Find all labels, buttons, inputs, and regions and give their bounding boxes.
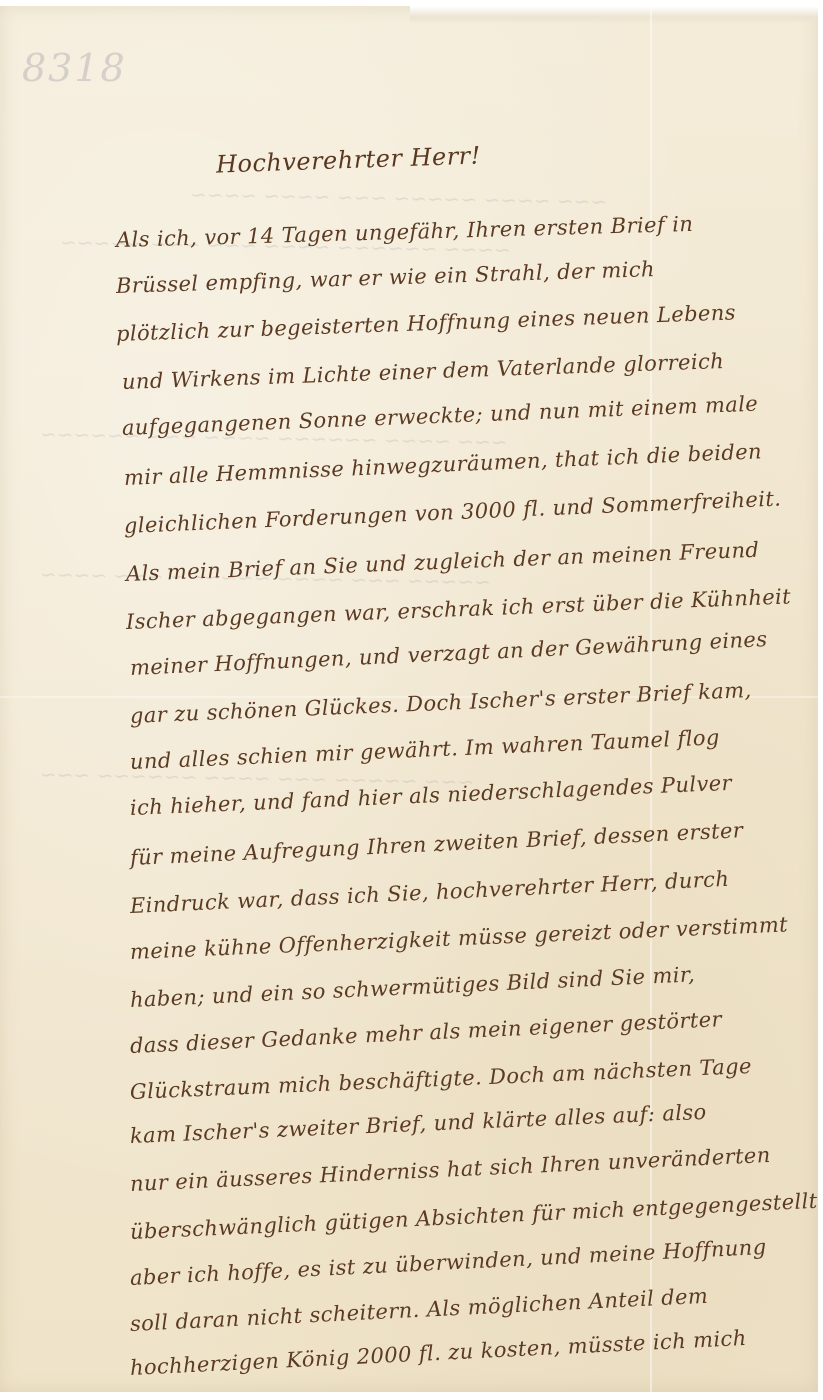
letter-line: nur ein äusseres Hinderniss hat sich Ihr… <box>129 1143 771 1196</box>
letter-line: dass dieser Gedanke mehr als mein eigene… <box>129 1007 722 1058</box>
letter-line: überschwänglich gütigen Absichten für mi… <box>129 1188 818 1244</box>
letter-line: kam Ischer's zweiter Brief, und klärte a… <box>129 1100 707 1148</box>
letter-page: 8318 ~~~ ~~~~ ~~~~~ ~~~ ~~~~ ~~~~ ~~~~ ~… <box>0 6 818 1392</box>
letter-line: meine kühne Offenherzigkeit müsse gereiz… <box>129 912 788 964</box>
archive-pencil-number: 8318 <box>22 46 127 90</box>
letter-line: und Wirkens im Lichte einer dem Vaterlan… <box>122 349 725 394</box>
letter-line: gar zu schönen Glückes. Doch Ischer's er… <box>129 678 752 728</box>
letter-line: Brüssel empfing, war er wie ein Strahl, … <box>116 257 656 298</box>
letter-line: haben; und ein so schwermütiges Bild sin… <box>129 962 695 1012</box>
torn-top-edge <box>410 6 818 24</box>
letter-line: und alles schien mir gewährt. Im wahren … <box>129 725 720 774</box>
letter-salutation: Hochverehrter Herr! <box>216 141 482 178</box>
letter-line: Eindruck war, dass ich Sie, hochverehrte… <box>129 867 729 918</box>
letter-line: aber ich hoffe, es ist zu überwinden, un… <box>129 1235 767 1290</box>
letter-line: hochherzigen König 2000 fl. zu kosten, m… <box>129 1326 747 1380</box>
letter-line: Glückstraum mich beschäftigte. Doch am n… <box>129 1054 752 1104</box>
letter-line: soll daran nicht scheitern. Als mögliche… <box>129 1284 708 1336</box>
letter-line: meiner Hoffnungen, und verzagt an der Ge… <box>129 627 767 680</box>
bleed-through-text: ~~~ ~~~~ ~~~~~ ~~~ ~~~~ ~~~~ <box>190 182 608 213</box>
letter-line: plötzlich zur begeisterten Hoffnung eine… <box>116 300 737 346</box>
letter-line: gleichlichen Forderungen von 3000 fl. un… <box>123 486 781 538</box>
